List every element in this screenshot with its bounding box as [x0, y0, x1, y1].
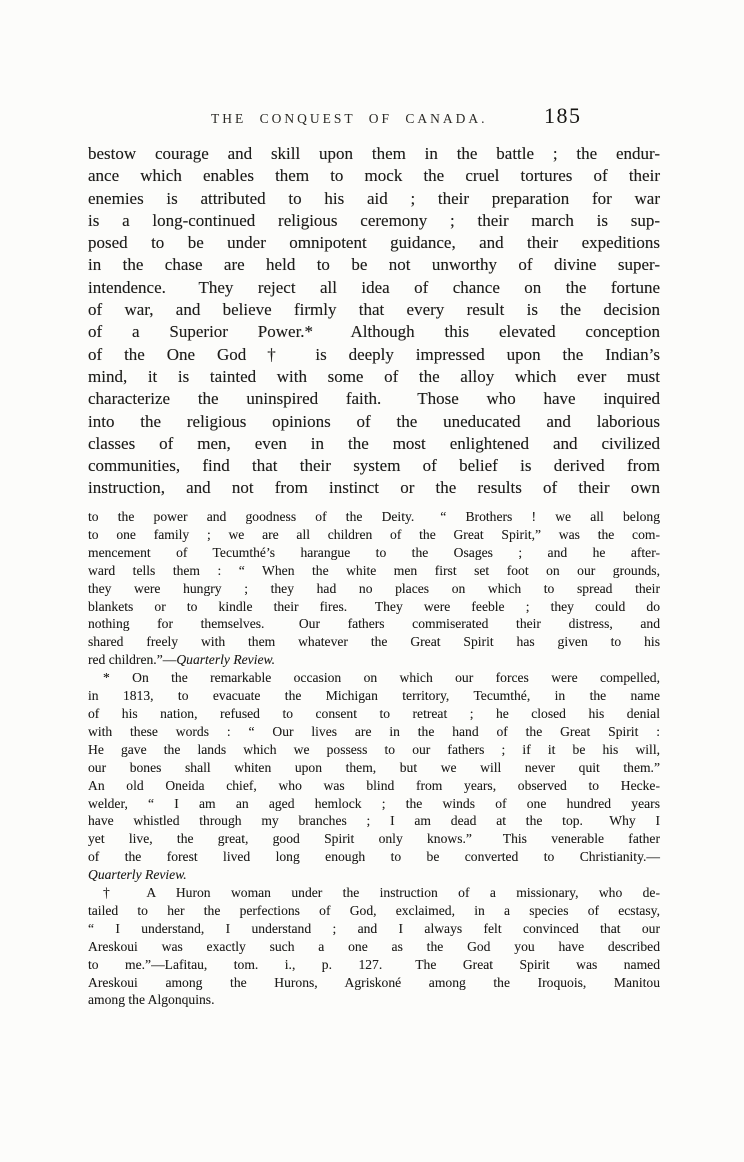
italic-text: Quarterly Review.: [176, 652, 275, 667]
footnotes-section: to the power and goodness of the Deity. …: [88, 508, 660, 1009]
text-line: communities, find that their system of b…: [88, 455, 660, 477]
scanned-book-page: THE CONQUEST OF CANADA. 185 bestow coura…: [0, 0, 744, 1162]
text-line: classes of men, even in the most enlight…: [88, 433, 660, 455]
text-line: of the forest lived long enough to be co…: [88, 848, 660, 866]
text-line: mind, it is tainted with some of the all…: [88, 366, 660, 388]
text-line: blankets or to kindle their fires. They …: [88, 598, 660, 616]
running-header-title: THE CONQUEST OF CANADA.: [211, 111, 488, 127]
text-line: posed to be under omnipotent guidance, a…: [88, 232, 660, 254]
text-line: they were hungry ; they had no places on…: [88, 580, 660, 598]
text-line: ward tells them : “ When the white men f…: [88, 562, 660, 580]
text-line: characterize the uninspired faith. Those…: [88, 388, 660, 410]
text-line: our bones shall whiten upon them, but we…: [88, 759, 660, 777]
text-line: to one family ; we are all children of t…: [88, 526, 660, 544]
text-line: into the religious opinions of the unedu…: [88, 411, 660, 433]
text-line: is a long-continued religious ceremony ;…: [88, 210, 660, 232]
text-line: bestow courage and skill upon them in th…: [88, 143, 660, 165]
text-line: with these words : “ Our lives are in th…: [88, 723, 660, 741]
italic-text: Quarterly Review.: [88, 867, 187, 882]
text-line: welder, “ I am an aged hemlock ; the win…: [88, 795, 660, 813]
text-line: have whistled through my branches ; I am…: [88, 812, 660, 830]
text-line: shared freely with them whatever the Gre…: [88, 633, 660, 651]
text-line: Areskoui was exactly such a one as the G…: [88, 938, 660, 956]
text-line: * On the remarkable occasion on which ou…: [88, 669, 660, 687]
page-number: 185: [544, 103, 582, 129]
text-line: nothing for themselves. Our fathers comm…: [88, 615, 660, 633]
text-line: ance which enables them to mock the crue…: [88, 165, 660, 187]
text-line: intendence. They reject all idea of chan…: [88, 277, 660, 299]
footnote-continuation: to the power and goodness of the Deity. …: [88, 508, 660, 669]
text-line: enemies is attributed to his aid ; their…: [88, 188, 660, 210]
text-line: of a Superior Power.* Although this elev…: [88, 321, 660, 343]
text-line: † A Huron woman under the instruction of…: [88, 884, 660, 902]
text-line: to me.”—Lafitau, tom. i., p. 127. The Gr…: [88, 956, 660, 974]
body-text-paragraph: bestow courage and skill upon them in th…: [88, 143, 660, 500]
text-line: instruction, and not from instinct or th…: [88, 477, 660, 499]
text-span: red children.”—: [88, 652, 176, 667]
text-line: of the One God † is deeply impressed upo…: [88, 344, 660, 366]
footnote-dagger: † A Huron woman under the instruction of…: [88, 884, 660, 1009]
text-line: to the power and goodness of the Deity. …: [88, 508, 660, 526]
text-line: of his nation, refused to consent to ret…: [88, 705, 660, 723]
text-line: “ I understand, I understand ; and I alw…: [88, 920, 660, 938]
text-line: of war, and believe firmly that every re…: [88, 299, 660, 321]
text-line: An old Oneida chief, who was blind from …: [88, 777, 660, 795]
text-line: among the Algonquins.: [88, 991, 660, 1009]
text-line: in the chase are held to be not unworthy…: [88, 254, 660, 276]
text-line: in 1813, to evacuate the Michigan territ…: [88, 687, 660, 705]
text-line: red children.”—Quarterly Review.: [88, 651, 660, 669]
text-line: mencement of Tecumthé’s harangue to the …: [88, 544, 660, 562]
text-line: Areskoui among the Hurons, Agriskoné amo…: [88, 974, 660, 992]
text-line: yet live, the great, good Spirit only kn…: [88, 830, 660, 848]
text-line: He gave the lands which we possess to ou…: [88, 741, 660, 759]
text-line: tailed to her the perfections of God, ex…: [88, 902, 660, 920]
text-line: Quarterly Review.: [88, 866, 660, 884]
footnote-asterisk: * On the remarkable occasion on which ou…: [88, 669, 660, 884]
